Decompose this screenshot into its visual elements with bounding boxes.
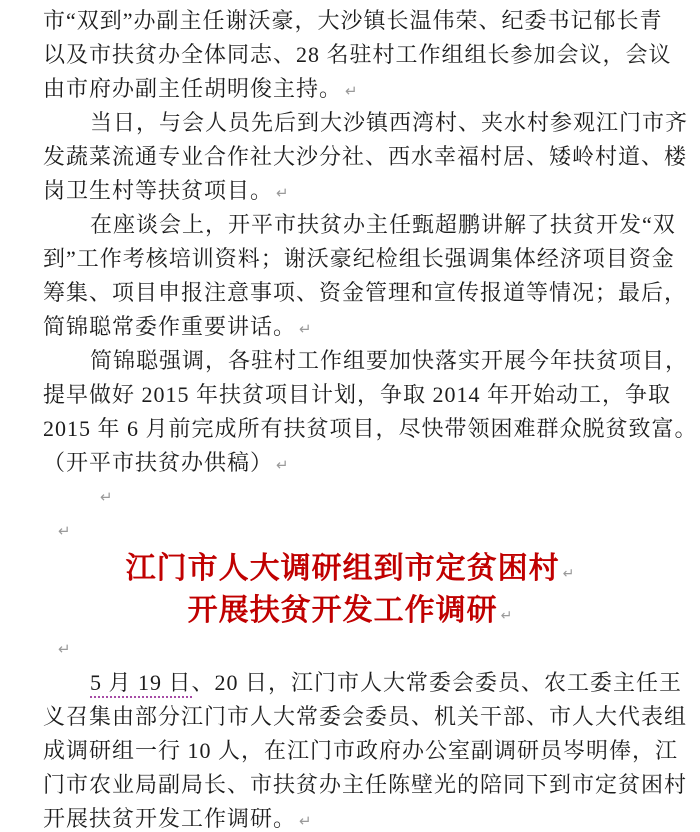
paragraph-mark-icon: ↵	[276, 184, 289, 202]
line-break-mark-icon: ↵	[563, 566, 575, 582]
text-line: （开平市扶贫办供稿）↵	[43, 446, 657, 480]
text-line-content: 由市府办副主任胡明俊主持。	[43, 76, 342, 101]
text-line: 成调研组一行 10 人，在江门市政府办公室副调研员岑明俸，江	[43, 734, 657, 768]
paragraph-mark-icon: ↵	[276, 456, 289, 474]
text-line: 简锦聪强调，各驻村工作组要加快落实开展今年扶贫项目，	[43, 344, 657, 378]
text-line: 市“双到”办副主任谢沃豪，大沙镇长温伟荣、纪委书记郁长青	[43, 4, 657, 38]
text-line: 开展扶贫开发工作调研。↵	[43, 802, 657, 832]
text-line: 由市府办副主任胡明俊主持。↵	[43, 72, 657, 106]
document-page: 市“双到”办副主任谢沃豪，大沙镇长温伟荣、纪委书记郁长青 以及市扶贫办全体同志、…	[0, 0, 700, 832]
paragraph-4: 简锦聪强调，各驻村工作组要加快落实开展今年扶贫项目， 提早做好 2015 年扶贫…	[43, 344, 657, 480]
paragraph-3: 在座谈会上，开平市扶贫办主任甄超鹏讲解了扶贫开发“双 到”工作考核培训资料；谢沃…	[43, 208, 657, 344]
title-text: 开展扶贫开发工作调研	[188, 594, 498, 627]
text-line: 在座谈会上，开平市扶贫办主任甄超鹏讲解了扶贫开发“双	[43, 208, 657, 242]
text-line: 提早做好 2015 年扶贫项目计划，争取 2014 年开始动工，争取	[43, 378, 657, 412]
paragraph-mark-icon: ↵	[58, 640, 71, 658]
text-line: 义召集由部分江门市人大常委会委员、机关干部、市人大代表组	[43, 700, 657, 734]
text-line: 岗卫生村等扶贫项目。↵	[43, 174, 657, 208]
empty-paragraph: ↵	[43, 480, 657, 514]
article-title-line-1: 江门市人大调研组到市定贫困村↵	[43, 548, 657, 590]
text-line: 筹集、项目申报注意事项、资金管理和宣传报道等情况；最后，	[43, 276, 657, 310]
title-text: 江门市人大调研组到市定贫困村	[126, 552, 560, 585]
paragraph-1: 市“双到”办副主任谢沃豪，大沙镇长温伟荣、纪委书记郁长青 以及市扶贫办全体同志、…	[43, 4, 657, 106]
article-title-line-2: 开展扶贫开发工作调研↵	[43, 590, 657, 632]
paragraph-5: 5 月 19 日、20 日，江门市人大常委会委员、农工委主任王 义召集由部分江门…	[43, 666, 657, 832]
date-underlined-text: 5 月 19 日	[90, 670, 192, 698]
empty-paragraph: ↵	[43, 514, 657, 548]
paragraph-mark-icon: ↵	[58, 522, 71, 540]
empty-paragraph: ↵	[43, 632, 657, 666]
text-line: 5 月 19 日、20 日，江门市人大常委会委员、农工委主任王	[43, 666, 657, 700]
text-line-content: （开平市扶贫办供稿）	[43, 450, 273, 475]
text-line-content: 、20 日，江门市人大常委会委员、农工委主任王	[192, 670, 683, 695]
article-title: 江门市人大调研组到市定贫困村↵ 开展扶贫开发工作调研↵	[43, 548, 657, 632]
text-line: 简锦聪常委作重要讲话。↵	[43, 310, 657, 344]
text-line: 门市农业局副局长、市扶贫办主任陈壁光的陪同下到市定贫困村	[43, 768, 657, 802]
paragraph-mark-icon: ↵	[501, 608, 513, 624]
paragraph-mark-icon: ↵	[100, 488, 113, 506]
text-line: 到”工作考核培训资料；谢沃豪纪检组长强调集体经济项目资金	[43, 242, 657, 276]
text-line-content: 岗卫生村等扶贫项目。	[43, 178, 273, 203]
text-line: 发蔬菜流通专业合作社大沙分社、西水幸福村居、矮岭村道、楼	[43, 140, 657, 174]
text-line: 2015 年 6 月前完成所有扶贫项目，尽快带领困难群众脱贫致富。	[43, 412, 657, 446]
paragraph-2: 当日，与会人员先后到大沙镇西湾村、夹水村参观江门市齐 发蔬菜流通专业合作社大沙分…	[43, 106, 657, 208]
text-line: 当日，与会人员先后到大沙镇西湾村、夹水村参观江门市齐	[43, 106, 657, 140]
paragraph-mark-icon: ↵	[299, 812, 312, 830]
paragraph-mark-icon: ↵	[299, 320, 312, 338]
text-line: 以及市扶贫办全体同志、28 名驻村工作组组长参加会议，会议	[43, 38, 657, 72]
text-line-content: 简锦聪常委作重要讲话。	[43, 314, 296, 339]
text-line-content: 开展扶贫开发工作调研。	[43, 806, 296, 831]
paragraph-mark-icon: ↵	[345, 82, 358, 100]
